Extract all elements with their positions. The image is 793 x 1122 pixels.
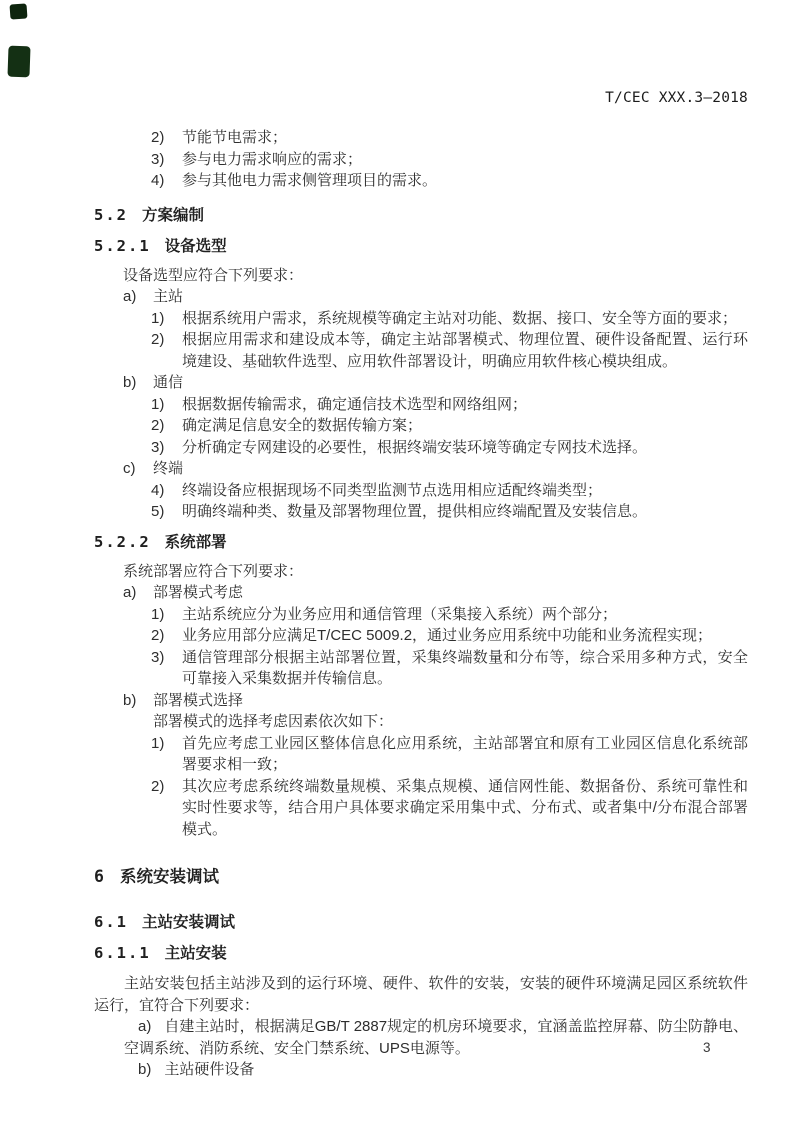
list-item: 1)主站系统应分为业务应用和通信管理（采集接入系统）两个部分； (94, 604, 748, 626)
document-page: T/CEC XXX.3—2018 2)节能节电需求； 3)参与电力需求响应的需求… (0, 0, 793, 1122)
list-marker: 1) (151, 308, 164, 330)
heading-title: 系统部署 (165, 534, 227, 551)
equipment-selection-list: a)主站 1)根据系统用户需求，系统规模等确定主站对功能、数据、接口、安全等方面… (94, 286, 748, 523)
list-item: a)主站 (94, 286, 748, 308)
list-text: 分析确定专网建设的必要性，根据终端安装环境等确定专网技术选择。 (182, 439, 647, 456)
list-marker: 4) (151, 170, 164, 192)
list-marker: 2) (151, 415, 164, 437)
heading-title: 方案编制 (142, 207, 204, 224)
list-item: b)通信 (94, 372, 748, 394)
list-marker: 3) (151, 149, 164, 171)
page-number: 3 (703, 1040, 711, 1056)
list-text: 明确终端种类、数量及部署物理位置，提供相应终端配置及安装信息。 (182, 503, 647, 520)
heading-number: 5.2.2 (94, 533, 151, 551)
intro-list: 2)节能节电需求； 3)参与电力需求响应的需求； 4)参与其他电力需求侧管理项目… (94, 127, 748, 192)
list-text: 其次应考虑系统终端数量规模、采集点规模、通信网性能、数据备份、系统可靠性和实时性… (182, 778, 748, 838)
section-heading-6-1-1: 6.1.1主站安装 (94, 943, 748, 964)
list-item: c)终端 (94, 458, 748, 480)
list-item: 3)分析确定专网建设的必要性，根据终端安装环境等确定专网技术选择。 (94, 437, 748, 459)
section-heading-5-2-1: 5.2.1设备选型 (94, 236, 748, 257)
list-item: 5)明确终端种类、数量及部署物理位置，提供相应终端配置及安装信息。 (94, 501, 748, 523)
list-text: 根据数据传输需求，确定通信技术选型和网络组网； (182, 396, 527, 413)
list-text: 主站系统应分为业务应用和通信管理（采集接入系统）两个部分； (182, 606, 617, 623)
list-text: 通信管理部分根据主站部署位置，采集终端数量和分布等，综合采用多种方式，安全可靠接… (182, 649, 748, 688)
list-text: 部署模式考虑 (153, 584, 243, 601)
list-item: a)部署模式考虑 (94, 582, 748, 604)
list-marker: a) (123, 582, 136, 604)
list-item: 3)通信管理部分根据主站部署位置，采集终端数量和分布等，综合采用多种方式，安全可… (94, 647, 748, 690)
list-text: 主站 (153, 288, 183, 305)
list-text: 确定满足信息安全的数据传输方案； (182, 417, 422, 434)
paragraph: 主站安装包括主站涉及到的运行环境、硬件、软件的安装，安装的硬件环境满足园区系统软… (94, 973, 748, 1016)
list-marker: 1) (151, 394, 164, 416)
heading-number: 5.2 (94, 206, 128, 224)
heading-title: 设备选型 (165, 238, 227, 255)
master-station-install-list: a)自建主站时，根据满足GB/T 2887规定的机房环境要求，宜涵盖监控屏幕、防… (94, 1016, 748, 1081)
list-marker: 2) (151, 625, 164, 647)
list-text: 终端 (153, 460, 183, 477)
list-item: 2)业务应用部分应满足T/CEC 5009.2，通过业务应用系统中功能和业务流程… (94, 625, 748, 647)
list-item: a)自建主站时，根据满足GB/T 2887规定的机房环境要求，宜涵盖监控屏幕、防… (94, 1016, 748, 1059)
list-item: 2)根据应用需求和建设成本等，确定主站部署模式、物理位置、硬件设备配置、运行环境… (94, 329, 748, 372)
scan-artifact-top (9, 3, 27, 19)
list-marker: 2) (151, 127, 164, 149)
heading-number: 6.1.1 (94, 944, 151, 962)
standard-number: T/CEC XXX.3—2018 (94, 86, 748, 110)
list-marker: a) (123, 286, 136, 308)
list-item: 3)参与电力需求响应的需求； (94, 149, 748, 171)
scan-artifact-bottom (7, 46, 30, 78)
section-heading-6: 6系统安装调试 (94, 866, 748, 888)
list-marker: b) (138, 1061, 151, 1078)
list-marker: b) (123, 372, 136, 394)
list-text: 首先应考虑工业园区整体信息化应用系统，主站部署宜和原有工业园区信息化系统部署要求… (182, 735, 748, 774)
system-deployment-list: a)部署模式考虑 1)主站系统应分为业务应用和通信管理（采集接入系统）两个部分；… (94, 582, 748, 840)
list-marker: 2) (151, 329, 164, 351)
list-marker: a) (138, 1018, 151, 1035)
list-item: 2)其次应考虑系统终端数量规模、采集点规模、通信网性能、数据备份、系统可靠性和实… (94, 776, 748, 841)
list-text: 根据应用需求和建设成本等，确定主站部署模式、物理位置、硬件设备配置、运行环境建设… (182, 331, 748, 370)
heading-title: 系统安装调试 (120, 868, 219, 886)
list-marker: 3) (151, 647, 164, 669)
list-item: b)主站硬件设备 (94, 1059, 748, 1081)
list-text: 参与电力需求响应的需求； (182, 151, 362, 168)
section-heading-6-1: 6.1主站安装调试 (94, 912, 748, 933)
heading-number: 6.1 (94, 913, 128, 931)
list-marker: 4) (151, 480, 164, 502)
list-item: 1)首先应考虑工业园区整体信息化应用系统，主站部署宜和原有工业园区信息化系统部署… (94, 733, 748, 776)
list-item: b)部署模式选择 (94, 690, 748, 712)
list-item: 2)节能节电需求； (94, 127, 748, 149)
lead-paragraph: 系统部署应符合下列要求： (94, 561, 748, 583)
list-marker: c) (123, 458, 136, 480)
lead-paragraph: 设备选型应符合下列要求： (94, 265, 748, 287)
heading-number: 5.2.1 (94, 237, 151, 255)
heading-number: 6 (94, 867, 106, 886)
list-text: 根据系统用户需求，系统规模等确定主站对功能、数据、接口、安全等方面的要求； (182, 310, 737, 327)
list-text: 部署模式选择 (153, 692, 243, 709)
list-item: 1)根据系统用户需求，系统规模等确定主站对功能、数据、接口、安全等方面的要求； (94, 308, 748, 330)
list-marker: 3) (151, 437, 164, 459)
section-heading-5-2-2: 5.2.2系统部署 (94, 532, 748, 553)
section-heading-5-2: 5.2方案编制 (94, 205, 748, 226)
sub-lead-paragraph: 部署模式的选择考虑因素依次如下： (94, 711, 748, 733)
list-text: 业务应用部分应满足T/CEC 5009.2，通过业务应用系统中功能和业务流程实现… (182, 627, 712, 644)
list-text: 通信 (153, 374, 183, 391)
heading-title: 主站安装调试 (142, 914, 235, 931)
list-item: 4)参与其他电力需求侧管理项目的需求。 (94, 170, 748, 192)
list-marker: 1) (151, 604, 164, 626)
list-marker: b) (123, 690, 136, 712)
list-marker: 1) (151, 733, 164, 755)
list-item: 4)终端设备应根据现场不同类型监测节点选用相应适配终端类型； (94, 480, 748, 502)
document-content: T/CEC XXX.3—2018 2)节能节电需求； 3)参与电力需求响应的需求… (0, 86, 793, 1081)
heading-title: 主站安装 (165, 945, 227, 962)
list-item: 1)根据数据传输需求，确定通信技术选型和网络组网； (94, 394, 748, 416)
list-marker: 2) (151, 776, 164, 798)
list-item: 2)确定满足信息安全的数据传输方案； (94, 415, 748, 437)
list-marker: 5) (151, 501, 164, 523)
list-text: 参与其他电力需求侧管理项目的需求。 (182, 172, 437, 189)
list-text: 节能节电需求； (182, 129, 287, 146)
list-text: 终端设备应根据现场不同类型监测节点选用相应适配终端类型； (182, 482, 602, 499)
list-text: 主站硬件设备 (164, 1061, 254, 1078)
list-text: 自建主站时，根据满足GB/T 2887规定的机房环境要求，宜涵盖监控屏幕、防尘防… (124, 1018, 748, 1057)
